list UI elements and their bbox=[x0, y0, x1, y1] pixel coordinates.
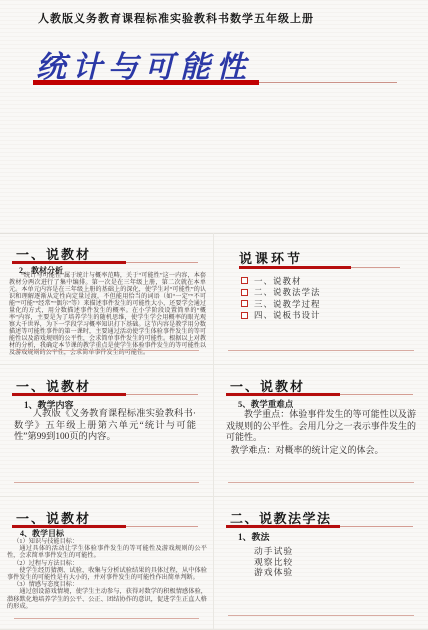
slide-material-analysis: 一、说教材 2、教材分析 “统计与可能性”属于统计与概率范畴，关于“可能性”这一… bbox=[0, 233, 214, 365]
presentation-handout-page: { "colors": { "accent_red": "#c10000", "… bbox=[0, 0, 428, 630]
key-point-text: 教学重点：体验事件发生的等可能性以及游戏规则的公平性。会用几分之一表示事件发生的… bbox=[226, 409, 416, 444]
title-slide: 人教版义务教育课程标准实验教科书数学五年级上册 统计与可能性 bbox=[0, 0, 428, 234]
textbook-series-label: 人教版义务教育课程标准实验教科书数学五年级上册 bbox=[38, 10, 314, 26]
heading-underline-thin bbox=[126, 526, 198, 527]
heading-underline-thin bbox=[126, 394, 198, 395]
goal-text: 通过具体的活动让学生体验事件发生的等可能性及游戏规则的公平性，会求简单事件发生的… bbox=[7, 545, 207, 559]
slide-body-text: （1）知识与技能目标： 通过具体的活动让学生体验事件发生的等可能性及游戏规则的公… bbox=[7, 538, 207, 610]
slide-footer-line bbox=[14, 618, 199, 619]
heading-underline bbox=[239, 266, 400, 269]
heading-underline-thick bbox=[226, 393, 340, 396]
title-underline bbox=[33, 80, 397, 85]
outline-item: 二、说教法学法 bbox=[241, 287, 321, 299]
outline-item: 一、说教材 bbox=[241, 275, 321, 287]
slide-key-difficult-points: 一、说教材 5、教学重难点 教学重点：体验事件发生的等可能性以及游戏规则的公平性… bbox=[214, 365, 428, 497]
title-underline-thick bbox=[33, 80, 259, 85]
slide-footer-line bbox=[228, 615, 414, 616]
outline-item: 四、说板书设计 bbox=[241, 310, 321, 322]
method-item: 观察比较 bbox=[254, 555, 293, 566]
method-item: 游戏体验 bbox=[254, 565, 293, 576]
goal-text: 通过创设游戏情境，使学生主动参与，获得对数学的积极情感体验，潜移默化地培养学生的… bbox=[7, 588, 207, 610]
difficult-point-text: 教学难点：对概率的统计定义的体会。 bbox=[226, 445, 416, 457]
slide-heading: 说课环节 bbox=[239, 248, 303, 267]
slide-footer-line bbox=[228, 482, 414, 483]
slide-footer-line bbox=[14, 350, 199, 351]
outline-item-label: 四、说板书设计 bbox=[254, 309, 321, 321]
slide-footer-line bbox=[14, 482, 199, 483]
heading-underline-thick bbox=[226, 525, 340, 528]
square-bullet-icon bbox=[241, 312, 248, 319]
heading-underline bbox=[12, 393, 198, 396]
square-bullet-icon bbox=[241, 277, 248, 284]
outline-list: 一、说教材 二、说教法学法 三、说教学过程 四、说板书设计 bbox=[241, 275, 321, 321]
slide-body-text: 教学重点：体验事件发生的等可能性以及游戏规则的公平性。会用几分之一表示事件发生的… bbox=[226, 409, 416, 456]
goal-label: （2）过程与方法目标： bbox=[7, 560, 207, 567]
slide-teaching-goals: 一、说教材 4、教学目标 （1）知识与技能目标： 通过具体的活动让学生体验事件发… bbox=[0, 497, 214, 630]
outline-item-label: 一、说教材 bbox=[254, 275, 302, 287]
heading-underline-thin bbox=[351, 267, 400, 268]
slide-body-text: “统计与可能性”属于统计与概率范畴，关于“可能性”这一内容，本套教材分两次进行了… bbox=[9, 273, 206, 357]
outline-item-label: 三、说教学过程 bbox=[254, 298, 321, 310]
heading-underline-thick bbox=[12, 393, 126, 396]
heading-underline-thick bbox=[12, 261, 126, 264]
heading-underline-thin bbox=[340, 526, 413, 527]
heading-underline-thin bbox=[126, 262, 198, 263]
slide-teaching-content: 一、说教材 1、教学内容 人教版《义务教育课程标准实验教科书·数学》五年级上册第… bbox=[0, 365, 214, 497]
heading-underline bbox=[226, 393, 413, 396]
slide-body-text: 人教版《义务教育课程标准实验教科书·数学》五年级上册第六单元“统计与可能性”第9… bbox=[14, 409, 196, 444]
slide-grid: 一、说教材 2、教材分析 “统计与可能性”属于统计与概率范畴，关于“可能性”这一… bbox=[0, 233, 428, 630]
method-list: 动手试验 观察比较 游戏体验 bbox=[254, 544, 293, 576]
square-bullet-icon bbox=[241, 289, 248, 296]
slide-footer-line bbox=[228, 350, 414, 351]
outline-item: 三、说教学过程 bbox=[241, 298, 321, 310]
heading-underline-thick bbox=[239, 266, 351, 269]
method-item: 动手试验 bbox=[254, 544, 293, 555]
goal-text: 使学生经历猜测、试验、收集与分析试验结果的具体过程，从中体验事件发生的可能性是有… bbox=[7, 567, 207, 581]
outline-item-label: 二、说教法学法 bbox=[254, 286, 321, 298]
title-underline-thin bbox=[259, 82, 397, 83]
slide-lecture-outline: 说课环节 一、说教材 二、说教法学法 三、说教学过程 四、说板书设计 bbox=[214, 233, 428, 365]
heading-underline-thin bbox=[340, 394, 413, 395]
heading-underline bbox=[12, 261, 198, 264]
slide-teaching-methods: 二、说教法学法 1、教法 动手试验 观察比较 游戏体验 bbox=[214, 497, 428, 630]
slide-subheading: 1、教法 bbox=[238, 530, 270, 543]
square-bullet-icon bbox=[241, 300, 248, 307]
heading-underline bbox=[226, 525, 413, 528]
